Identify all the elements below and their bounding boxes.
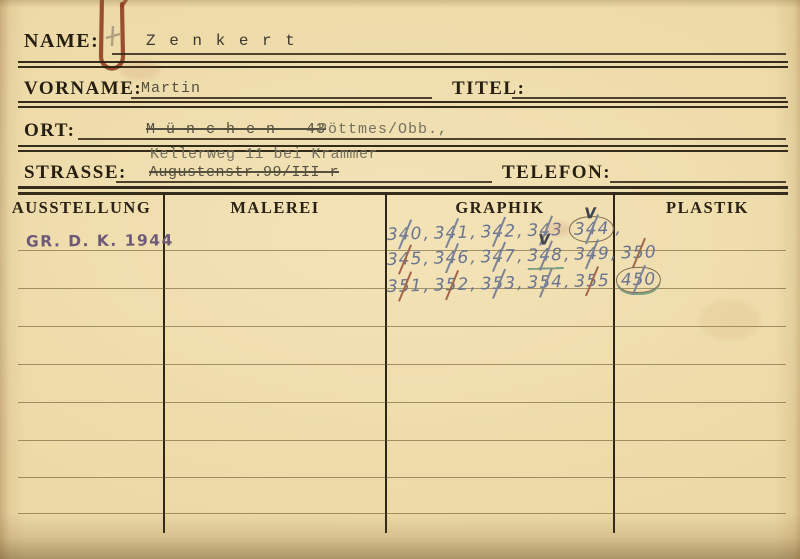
graphik-number: 355 xyxy=(573,269,611,294)
ausstellung-entry: GR. D. K. 1944 xyxy=(26,231,174,250)
graphik-number: 344V xyxy=(569,216,615,243)
titel-field-line xyxy=(512,97,786,99)
ruled-line xyxy=(18,477,786,478)
ort-label: ORT: xyxy=(24,120,75,142)
separator: , xyxy=(423,276,429,296)
typed-strike-mark xyxy=(106,26,120,46)
checkmark-icon: V xyxy=(583,201,598,225)
graphik-number: 349 xyxy=(573,242,611,267)
header-plastik: PLASTIK xyxy=(615,198,800,218)
separator: , xyxy=(517,273,523,293)
paperclip-outline xyxy=(101,0,123,69)
graphik-row: 351,352,353,354,355450 xyxy=(386,267,625,300)
name-value: Z e n k e r t xyxy=(146,32,297,50)
ort-value: Pöttmes/Obb., xyxy=(318,121,448,138)
separator: , xyxy=(470,222,476,242)
separator: , xyxy=(470,247,476,267)
graphik-number: 352 xyxy=(433,273,471,298)
separator: , xyxy=(423,224,429,244)
strasse-corrected-value: Kellerweg 11 bei Krammer xyxy=(150,146,378,163)
graphik-number: 346 xyxy=(432,246,470,271)
separator: , xyxy=(517,246,523,266)
strasse-label: STRASSE: xyxy=(24,162,127,184)
ort-field-line xyxy=(78,138,786,140)
graphik-entries: 340,341,342,343344V,345,346,347,348V,349… xyxy=(386,222,624,300)
separator: , xyxy=(423,249,429,269)
graphik-number: 354 xyxy=(526,270,564,295)
ruled-line xyxy=(18,402,786,403)
table-top-rule xyxy=(18,186,788,195)
name-field-line xyxy=(112,53,786,55)
graphik-number: 345 xyxy=(386,247,424,272)
graphik-number: 341 xyxy=(433,221,471,246)
ruled-line xyxy=(18,326,786,327)
paperclip-end xyxy=(122,0,130,6)
rule-under-vorname xyxy=(18,101,788,108)
rule-under-name xyxy=(18,61,788,68)
separator: , xyxy=(610,244,616,264)
rule-under-ort xyxy=(18,145,788,152)
strasse-field-line xyxy=(116,181,492,183)
vorname-label: VORNAME: xyxy=(24,78,142,100)
graphik-number: 450 xyxy=(615,266,661,293)
ruled-line xyxy=(18,513,786,514)
separator: , xyxy=(564,272,570,292)
graphik-number: 351 xyxy=(386,274,424,299)
ruled-line xyxy=(18,364,786,365)
header-graphik: GRAPHIK xyxy=(387,198,613,218)
vorname-field-line xyxy=(131,97,432,99)
vorname-value: Martin xyxy=(141,80,201,97)
stain-mark xyxy=(700,300,760,340)
header-ausstellung: AUSSTELLUNG xyxy=(0,198,163,218)
telefon-field-line xyxy=(610,181,786,183)
graphik-number: 340 xyxy=(386,222,424,247)
telefon-label: TELEFON: xyxy=(502,162,611,184)
graphik-number: 353 xyxy=(479,271,517,296)
separator: , xyxy=(470,274,476,294)
separator: , xyxy=(564,245,570,265)
separator: , xyxy=(517,221,523,241)
header-malerei: MALEREI xyxy=(165,198,385,218)
separator xyxy=(662,269,663,289)
name-label: NAME: xyxy=(24,30,99,53)
separator: , xyxy=(615,218,621,238)
graphik-number: 342 xyxy=(479,219,517,244)
graphik-number: 347 xyxy=(479,244,517,269)
ort-struck-value: M ü n c h e n - 43 xyxy=(146,121,326,138)
ruled-line xyxy=(18,440,786,441)
graphik-number: 350 xyxy=(620,240,658,265)
graphik-number: 348V xyxy=(526,243,564,268)
checkmark-icon: V xyxy=(537,227,552,251)
scanned-index-card: NAME: Z e n k e r t VORNAME: Martin TITE… xyxy=(0,0,800,559)
strasse-struck-value: Augustenstr.99/III-r xyxy=(149,164,339,181)
